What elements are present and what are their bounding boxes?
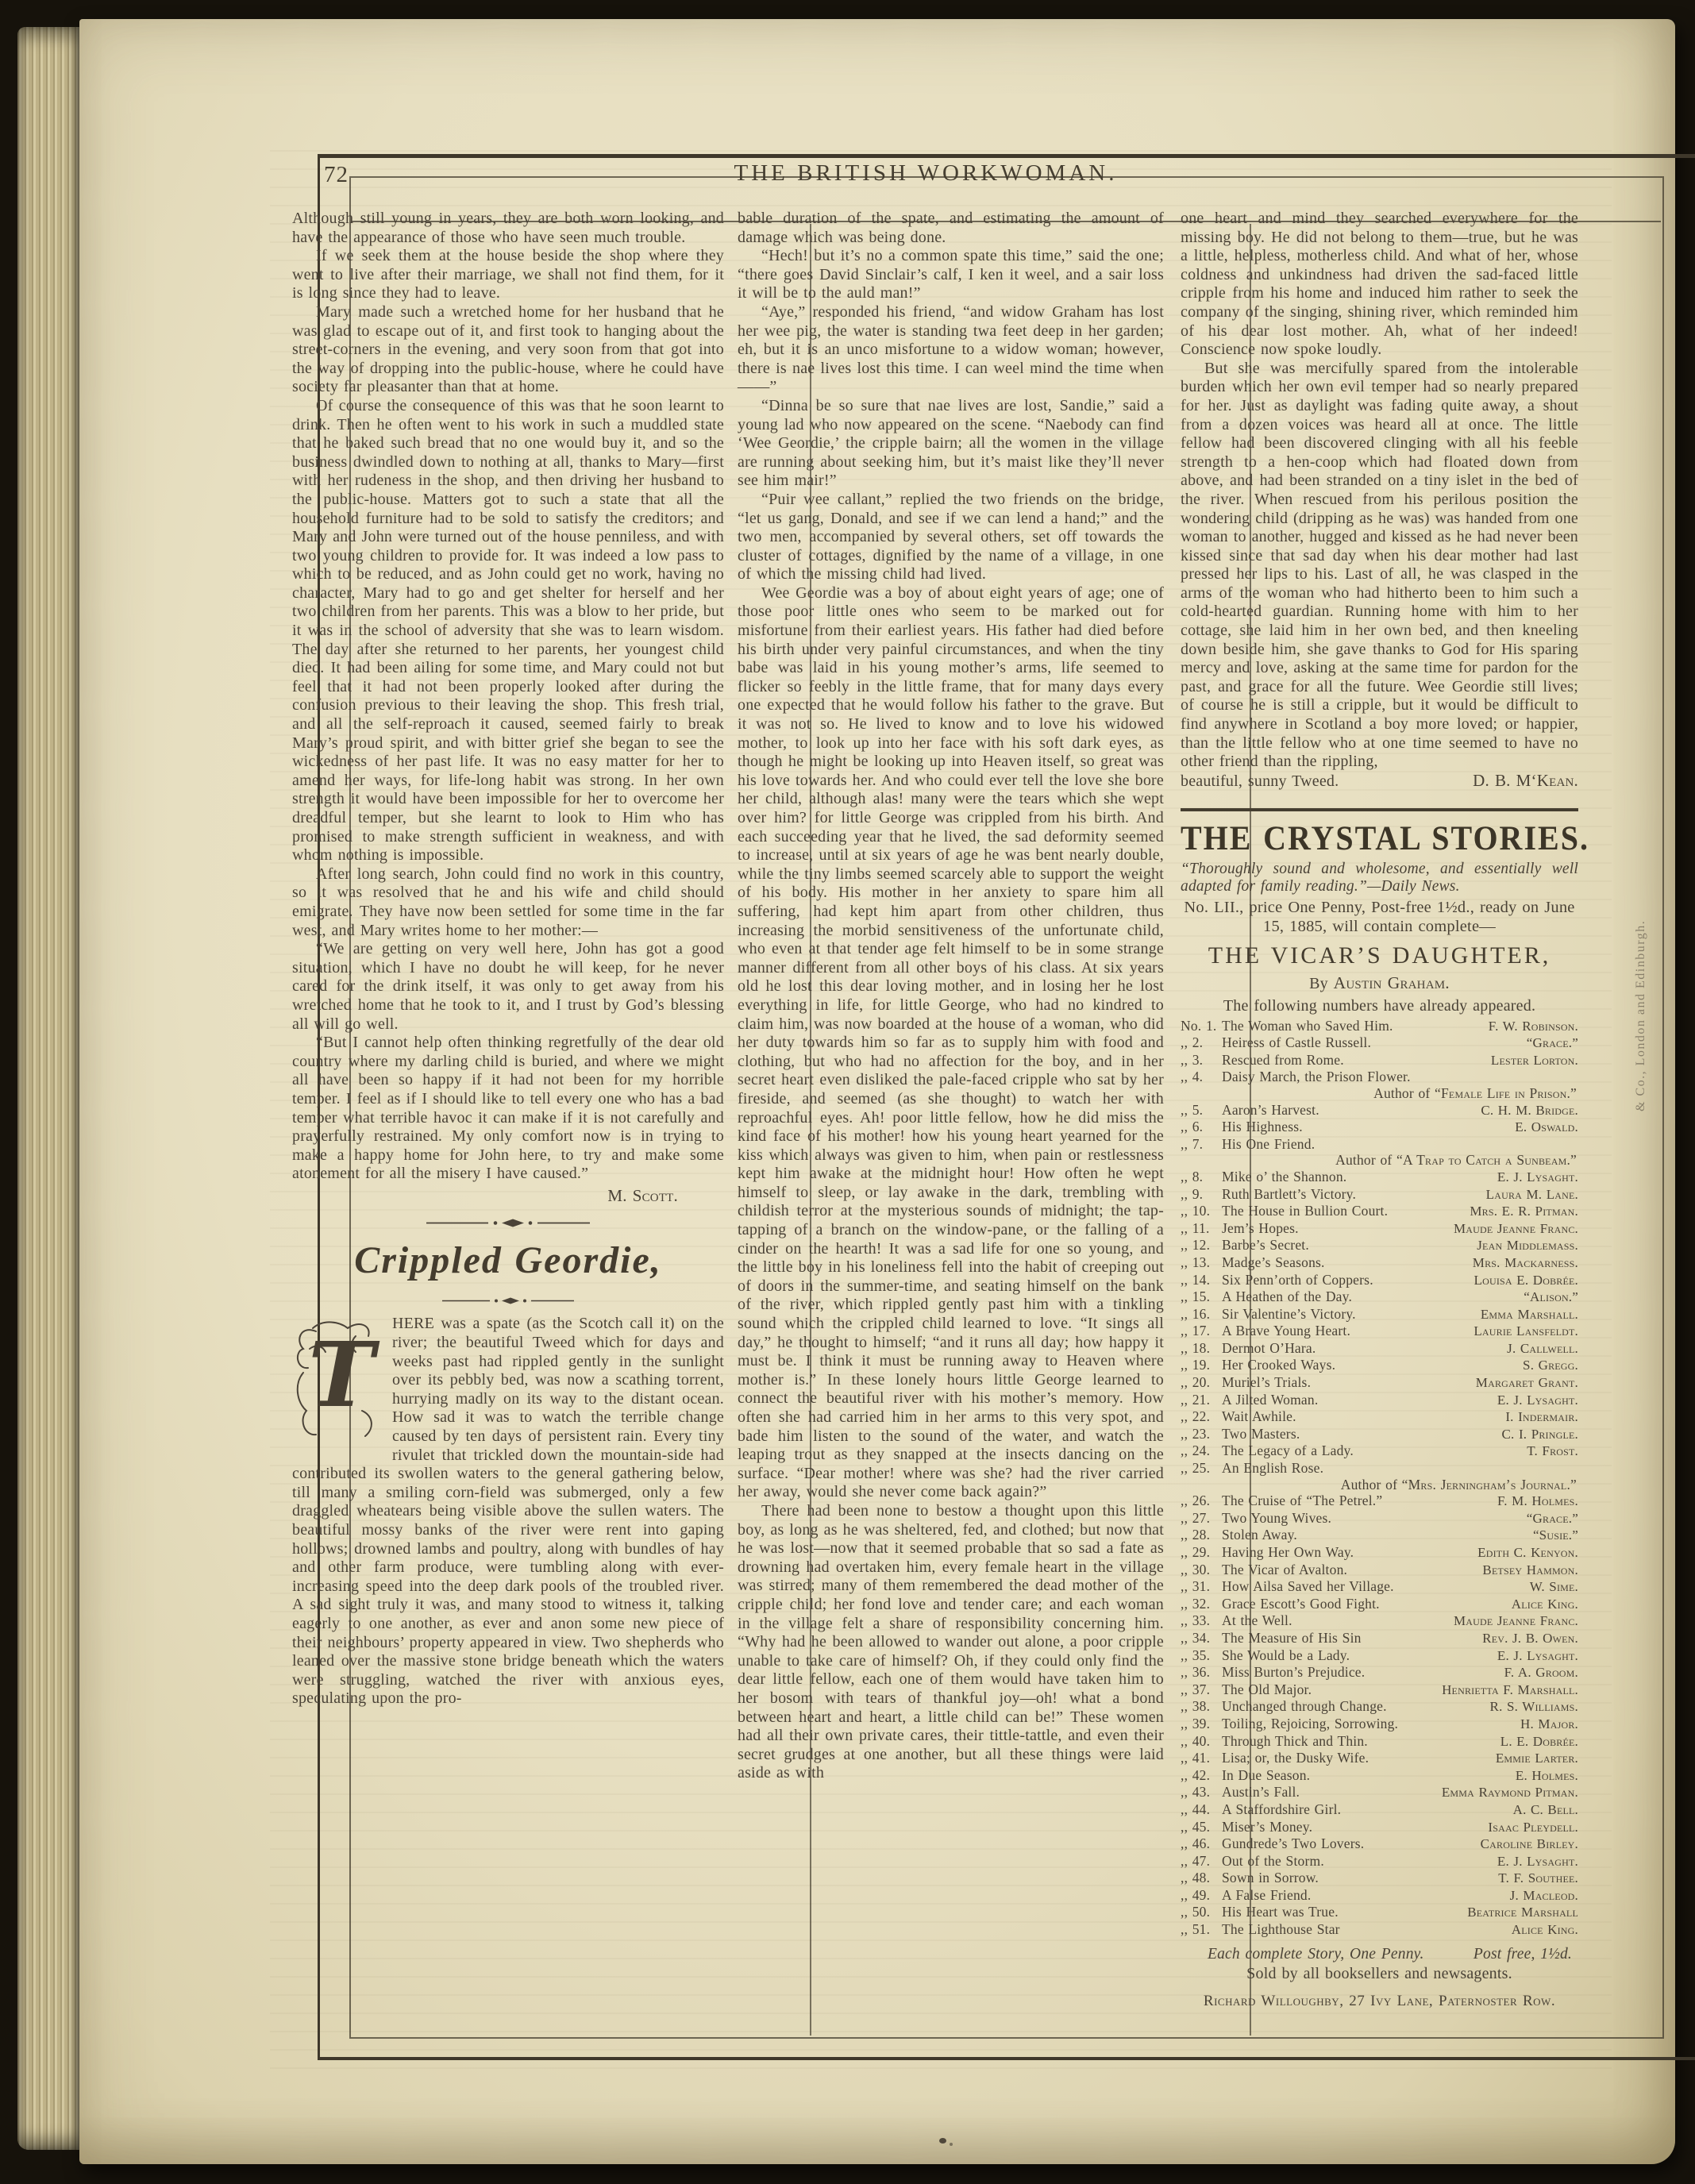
item-number: ,, 3.: [1181, 1052, 1222, 1069]
byline: By Austin Graham.: [1181, 974, 1578, 994]
item-title: Six Penn’orth of Coppers.: [1222, 1272, 1474, 1288]
item-number: ,, 23.: [1181, 1426, 1222, 1443]
item-number: ,, 35.: [1181, 1647, 1222, 1664]
item-number: ,, 18.: [1181, 1340, 1222, 1357]
item-number: ,, 8.: [1181, 1169, 1222, 1185]
story-list-item: ,, 51. The Lighthouse Star Alice King.: [1181, 1921, 1578, 1939]
item-title: Her Crooked Ways.: [1222, 1357, 1523, 1373]
paragraph: “We are getting on very well here, John …: [292, 940, 724, 1034]
item-title: Having Her Own Way.: [1222, 1544, 1477, 1561]
item-author-note: Author of “Female Life in Prison.”: [1181, 1085, 1578, 1102]
item-author-note: Author of “A Trap to Catch a Sunbeam.”: [1181, 1152, 1578, 1169]
item-author: J. Macleod.: [1510, 1888, 1578, 1905]
item-number: ,, 48.: [1181, 1870, 1222, 1886]
story-list-item: ,, 13. Madge’s Seasons. Mrs. Mackarness.: [1181, 1254, 1578, 1272]
item-number: ,, 34.: [1181, 1630, 1222, 1647]
paragraph: Of course the consequence of this was th…: [292, 397, 724, 865]
story-list-item: ,, 39. Toiling, Rejoicing, Sorrowing. H.…: [1181, 1716, 1578, 1733]
author-signature: M. Scott.: [292, 1187, 724, 1206]
item-number: ,, 24.: [1181, 1443, 1222, 1459]
section-rule: [1181, 808, 1578, 811]
item-number: ,, 42.: [1181, 1767, 1222, 1784]
story-list-item: ,, 49. A False Friend. J. Macleod.: [1181, 1887, 1578, 1905]
svg-text:T: T: [308, 1323, 380, 1427]
item-title: The Lighthouse Star: [1222, 1921, 1512, 1938]
item-number: ,, 26.: [1181, 1493, 1222, 1509]
story-list-item: ,, 35. She Would be a Lady. E. J. Lysagh…: [1181, 1647, 1578, 1665]
item-title: Mike o’ the Shannon.: [1222, 1169, 1497, 1185]
story-list-item: ,, 44. A Staffordshire Girl. A. C. Bell.: [1181, 1801, 1578, 1819]
item-number: ,, 16.: [1181, 1306, 1222, 1323]
item-title: Two Young Wives.: [1222, 1510, 1527, 1527]
column-3: one heart and mind they searched everywh…: [1181, 210, 1578, 2010]
item-author: Alice King.: [1512, 1597, 1578, 1613]
column-1: Although still young in years, they are …: [292, 210, 724, 1708]
item-title: Ruth Bartlett’s Victory.: [1222, 1186, 1486, 1203]
story-list-item: ,, 24. The Legacy of a Lady. T. Frost.: [1181, 1443, 1578, 1460]
story-list-item: ,, 11. Jem’s Hopes. Maude Jeanne Franc.: [1181, 1220, 1578, 1238]
story-opening-paragraph: T HERE was a spate (as the Scotch call i…: [292, 1315, 724, 1708]
story-list-item: ,, 12. Barbe’s Secret. Jean Middlemass.: [1181, 1237, 1578, 1254]
paragraph: bable duration of the spate, and estimat…: [738, 210, 1164, 247]
item-author: Beatrice Marshall: [1467, 1905, 1578, 1921]
item-author: Emma Raymond Pitman.: [1442, 1785, 1578, 1801]
item-title: Gundrede’s Two Lovers.: [1222, 1835, 1481, 1852]
story-list-item: ,, 42. In Due Season. E. Holmes.: [1181, 1767, 1578, 1785]
item-author: Alice King.: [1512, 1922, 1578, 1939]
story-title: Crippled Geordie,: [292, 1238, 724, 1283]
item-number: ,, 45.: [1181, 1819, 1222, 1835]
story-list-item: ,, 43. Austin’s Fall. Emma Raymond Pitma…: [1181, 1784, 1578, 1801]
item-number: ,, 2.: [1181, 1034, 1222, 1051]
story-list-item: ,, 28. Stolen Away. “Susie.”: [1181, 1527, 1578, 1544]
item-author: Maude Jeanne Franc.: [1454, 1221, 1578, 1238]
item-author: Laura M. Lane.: [1486, 1187, 1578, 1204]
story-list-item: ,, 3. Rescued from Rome. Lester Lorton.: [1181, 1052, 1578, 1069]
note-title: “A Trap to Catch a Sunbeam.”: [1396, 1152, 1577, 1168]
story-list-item: ,, 25. An English Rose.: [1181, 1460, 1578, 1477]
item-number: ,, 44.: [1181, 1801, 1222, 1818]
item-author: Emma Marshall.: [1481, 1307, 1578, 1323]
item-number: ,, 29.: [1181, 1544, 1222, 1561]
item-number: ,, 49.: [1181, 1887, 1222, 1904]
item-author: Mrs. Mackarness.: [1473, 1255, 1578, 1272]
item-title: A Heathen of the Day.: [1222, 1288, 1524, 1305]
paragraph: If we seek them at the house beside the …: [292, 247, 724, 303]
item-number: ,, 19.: [1181, 1357, 1222, 1373]
item-title: In Due Season.: [1222, 1767, 1516, 1784]
item-title: Daisy March, the Prison Flower.: [1222, 1069, 1578, 1085]
item-author: Emmie Larter.: [1496, 1751, 1578, 1767]
item-author: “Grace.”: [1527, 1511, 1578, 1527]
item-title: His One Friend.: [1222, 1136, 1578, 1153]
item-title: The Legacy of a Lady.: [1222, 1443, 1527, 1459]
story-list-item: ,, 31. How Ailsa Saved her Village. W. S…: [1181, 1578, 1578, 1596]
story-list-item: ,, 33. At the Well. Maude Jeanne Franc.: [1181, 1612, 1578, 1630]
item-number: ,, 28.: [1181, 1527, 1222, 1543]
item-title: She Would be a Lady.: [1222, 1647, 1497, 1664]
list-intro: The following numbers have already appea…: [1181, 997, 1578, 1016]
item-number: ,, 36.: [1181, 1664, 1222, 1681]
story-body: one heart and mind they searched everywh…: [1181, 210, 1578, 772]
item-number: ,, 27.: [1181, 1510, 1222, 1527]
byline-author: Austin Graham.: [1334, 973, 1450, 992]
item-title: The House in Bullion Court.: [1222, 1203, 1470, 1219]
item-author: Betsey Hammon.: [1482, 1562, 1578, 1579]
story-list-item: ,, 6. His Highness. E. Oswald.: [1181, 1119, 1578, 1136]
item-title: Aaron’s Harvest.: [1222, 1102, 1481, 1119]
story-list-item: ,, 32. Grace Escott’s Good Fight. Alice …: [1181, 1596, 1578, 1613]
story-list-item: ,, 5. Aaron’s Harvest. C. H. M. Bridge.: [1181, 1102, 1578, 1119]
item-author: C. H. M. Bridge.: [1481, 1103, 1578, 1119]
item-author: C. I. Pringle.: [1502, 1427, 1579, 1443]
author-signature: D. B. M‘Kean.: [1473, 772, 1578, 791]
item-number: ,, 50.: [1181, 1904, 1222, 1920]
story-list-item: ,, 10. The House in Bullion Court. Mrs. …: [1181, 1203, 1578, 1220]
item-author: “Grace.”: [1527, 1035, 1578, 1052]
story-list-item: No. 1. The Woman who Saved Him. F. W. Ro…: [1181, 1018, 1578, 1035]
item-author: E. J. Lysaght.: [1497, 1169, 1578, 1186]
item-author: Edith C. Kenyon.: [1477, 1545, 1578, 1562]
item-author: L. E. Dobrée.: [1500, 1734, 1578, 1751]
item-author: Lester Lorton.: [1491, 1053, 1578, 1069]
item-title: Barbe’s Secret.: [1222, 1237, 1477, 1254]
paragraph: After long search, John could find no wo…: [292, 865, 724, 940]
item-number: ,, 41.: [1181, 1750, 1222, 1766]
item-title: A Brave Young Heart.: [1222, 1323, 1473, 1339]
item-number: ,, 7.: [1181, 1136, 1222, 1153]
story-list-item: ,, 37. The Old Major. Henrietta F. Marsh…: [1181, 1681, 1578, 1699]
item-title: How Ailsa Saved her Village.: [1222, 1578, 1530, 1595]
column-2: bable duration of the spate, and estimat…: [738, 210, 1164, 1783]
story-list-item: ,, 40. Through Thick and Thin. L. E. Dob…: [1181, 1733, 1578, 1751]
paragraph: “Dinna be so sure that nae lives are los…: [738, 397, 1164, 491]
item-author: T. Frost.: [1527, 1443, 1578, 1460]
item-title: Miss Burton’s Prejudice.: [1222, 1664, 1504, 1681]
item-title: Rescued from Rome.: [1222, 1052, 1491, 1069]
note-prefix: Author of: [1341, 1477, 1402, 1493]
story-list-item: ,, 22. Wait Awhile. I. Indermair.: [1181, 1408, 1578, 1426]
item-number: ,, 6.: [1181, 1119, 1222, 1135]
item-title: A Staffordshire Girl.: [1222, 1801, 1513, 1818]
story-list-item: ,, 20. Muriel’s Trials. Margaret Grant.: [1181, 1374, 1578, 1392]
item-number: ,, 31.: [1181, 1578, 1222, 1595]
story-list-item: ,, 18. Dermot O’Hara. J. Callwell.: [1181, 1340, 1578, 1358]
item-title: Lisa; or, the Dusky Wife.: [1222, 1750, 1496, 1766]
item-number: ,, 43.: [1181, 1784, 1222, 1801]
item-number: ,, 39.: [1181, 1716, 1222, 1732]
item-author: E. J. Lysaght.: [1497, 1392, 1578, 1409]
item-title: Dermot O’Hara.: [1222, 1340, 1507, 1357]
item-number: ,, 15.: [1181, 1288, 1222, 1305]
printer-imprint: & Co., London and Edinburgh.: [1634, 445, 1648, 1111]
paragraph: But she was mercifully spared from the i…: [1181, 360, 1578, 772]
item-title: At the Well.: [1222, 1612, 1454, 1629]
story-list-item: ,, 9. Ruth Bartlett’s Victory. Laura M. …: [1181, 1186, 1578, 1204]
paragraph: “Aye,” responded his friend, “and widow …: [738, 303, 1164, 397]
note-title: “Female Life in Prison.”: [1435, 1085, 1577, 1101]
note-prefix: Author of: [1373, 1085, 1435, 1101]
item-author: Rev. J. B. Owen.: [1482, 1631, 1578, 1647]
note-prefix: Author of: [1335, 1152, 1396, 1168]
item-author: Laurie Lansfeldt.: [1473, 1323, 1578, 1340]
item-author: Jean Middlemass.: [1477, 1238, 1578, 1254]
paragraph: There had been none to bestow a thought …: [738, 1502, 1164, 1783]
item-title: Sir Valentine’s Victory.: [1222, 1306, 1481, 1323]
item-title: Muriel’s Trials.: [1222, 1374, 1476, 1391]
publisher-line: Richard Willoughby, 27 Ivy Lane, Paterno…: [1181, 1992, 1578, 2011]
story-list-item: ,, 15. A Heathen of the Day. “Alison.”: [1181, 1288, 1578, 1306]
item-title: Heiress of Castle Russell.: [1222, 1034, 1527, 1051]
item-title: Miser’s Money.: [1222, 1819, 1488, 1835]
section-divider-icon: [292, 1291, 724, 1304]
issue-info: No. LII., price One Penny, Post-free 1½d…: [1181, 899, 1578, 936]
section-divider-icon: [292, 1213, 724, 1226]
byline-prefix: By: [1309, 975, 1334, 992]
item-author: Isaac Pleydell.: [1488, 1820, 1578, 1836]
story-list-item: ,, 23. Two Masters. C. I. Pringle.: [1181, 1426, 1578, 1443]
item-number: ,, 4.: [1181, 1069, 1222, 1085]
item-title: The Vicar of Avalton.: [1222, 1562, 1482, 1578]
item-number: ,, 33.: [1181, 1612, 1222, 1629]
item-title: A False Friend.: [1222, 1887, 1510, 1904]
book-page-edges: [17, 27, 83, 2150]
crystal-stories-title: THE CRYSTAL STORIES.: [1181, 820, 1578, 858]
item-title: The Old Major.: [1222, 1681, 1442, 1698]
story-end-line: beautiful, sunny Tweed. D. B. M‘Kean.: [1181, 772, 1578, 792]
item-author: I. Indermair.: [1505, 1409, 1578, 1426]
item-number: ,, 17.: [1181, 1323, 1222, 1339]
item-title: His Heart was True.: [1222, 1904, 1467, 1920]
note-title: “Mrs. Jerningham’s Journal.”: [1402, 1477, 1577, 1493]
masthead: THE BRITISH WORKWOMAN.: [711, 160, 1140, 187]
item-author: F. W. Robinson.: [1489, 1019, 1578, 1035]
item-title: A Jilted Woman.: [1222, 1392, 1497, 1408]
item-author: E. Holmes.: [1516, 1768, 1578, 1785]
story-list-item: ,, 14. Six Penn’orth of Coppers. Louisa …: [1181, 1272, 1578, 1289]
story-body: bable duration of the spate, and estimat…: [738, 210, 1164, 1783]
item-author: “Susie.”: [1533, 1527, 1578, 1544]
story-list-item: ,, 48. Sown in Sorrow. T. F. Southee.: [1181, 1870, 1578, 1887]
item-author: E. J. Lysaght.: [1497, 1854, 1578, 1870]
paragraph: “Hech! but it’s no a common spate this t…: [738, 247, 1164, 303]
item-author: E. Oswald.: [1515, 1119, 1578, 1136]
item-number: ,, 22.: [1181, 1408, 1222, 1425]
item-title: Sown in Sorrow.: [1222, 1870, 1498, 1886]
item-number: ,, 30.: [1181, 1562, 1222, 1578]
item-author: Margaret Grant.: [1476, 1375, 1578, 1392]
story-list-item: ,, 21. A Jilted Woman. E. J. Lysaght.: [1181, 1392, 1578, 1409]
item-number: ,, 10.: [1181, 1203, 1222, 1219]
item-author: S. Gregg.: [1523, 1358, 1578, 1374]
paragraph: Wee Geordie was a boy of about eight yea…: [738, 584, 1164, 1502]
item-title: Unchanged through Change.: [1222, 1698, 1490, 1715]
price-line: Each complete Story, One Penny. Post fre…: [1181, 1945, 1578, 1964]
item-title: The Measure of His Sin: [1222, 1630, 1482, 1647]
review-quote: “Thoroughly sound and wholesome, and ess…: [1181, 861, 1578, 896]
featured-story-title: THE VICAR’S DAUGHTER,: [1181, 942, 1578, 969]
story-list-item: ,, 16. Sir Valentine’s Victory. Emma Mar…: [1181, 1306, 1578, 1323]
drop-cap-ornament: T: [292, 1317, 386, 1447]
item-author: H. Major.: [1520, 1716, 1578, 1733]
paragraph: Although still young in years, they are …: [292, 210, 724, 247]
story-list-item: ,, 29. Having Her Own Way. Edith C. Keny…: [1181, 1544, 1578, 1562]
item-author: Maude Jeanne Franc.: [1454, 1613, 1578, 1630]
item-author: F. A. Groom.: [1504, 1665, 1578, 1681]
ink-speck: [950, 2143, 953, 2146]
item-title: The Cruise of “The Petrel.”: [1222, 1493, 1497, 1509]
item-number: ,, 11.: [1181, 1220, 1222, 1237]
story-list-item: ,, 17. A Brave Young Heart. Laurie Lansf…: [1181, 1323, 1578, 1340]
item-title: Through Thick and Thin.: [1222, 1733, 1500, 1750]
item-number: ,, 40.: [1181, 1733, 1222, 1750]
story-list-item: ,, 30. The Vicar of Avalton. Betsey Hamm…: [1181, 1562, 1578, 1579]
paragraph: “But I cannot help often thinking regret…: [292, 1034, 724, 1184]
item-number: ,, 51.: [1181, 1921, 1222, 1938]
page-number: 72: [324, 162, 349, 188]
sold-line: Sold by all booksellers and newsagents.: [1181, 1965, 1578, 1984]
story-list-item: ,, 26. The Cruise of “The Petrel.” F. M.…: [1181, 1493, 1578, 1510]
item-number: ,, 25.: [1181, 1460, 1222, 1477]
item-title: The Woman who Saved Him.: [1222, 1018, 1489, 1034]
item-title: Madge’s Seasons.: [1222, 1254, 1473, 1271]
item-title: Austin’s Fall.: [1222, 1784, 1442, 1801]
postage-text: Post free, 1½d.: [1473, 1945, 1572, 1964]
item-author: A. C. Bell.: [1513, 1802, 1578, 1819]
item-author: Mrs. E. R. Pitman.: [1470, 1204, 1578, 1220]
story-list-item: ,, 27. Two Young Wives. “Grace.”: [1181, 1510, 1578, 1527]
item-number: ,, 13.: [1181, 1254, 1222, 1271]
item-number: ,, 21.: [1181, 1392, 1222, 1408]
item-author: “Alison.”: [1524, 1289, 1578, 1306]
story-last-words: beautiful, sunny Tweed.: [1181, 772, 1339, 792]
item-author: Henrietta F. Marshall.: [1442, 1682, 1578, 1699]
paragraph: “Puir wee callant,” replied the two frie…: [738, 491, 1164, 584]
item-author: J. Callwell.: [1507, 1341, 1578, 1358]
story-list-item: ,, 7. His One Friend.: [1181, 1136, 1578, 1153]
story-list: No. 1. The Woman who Saved Him. F. W. Ro…: [1181, 1018, 1578, 1939]
item-title: Wait Awhile.: [1222, 1408, 1505, 1425]
article-continuation: Although still young in years, they are …: [292, 210, 724, 1184]
item-author: Louisa E. Dobrée.: [1474, 1273, 1578, 1289]
item-title: His Highness.: [1222, 1119, 1515, 1135]
ink-speck: [939, 2138, 946, 2144]
story-list-item: ,, 50. His Heart was True. Beatrice Mars…: [1181, 1904, 1578, 1921]
item-number: No. 1.: [1181, 1018, 1222, 1034]
item-number: ,, 14.: [1181, 1272, 1222, 1288]
item-title: Jem’s Hopes.: [1222, 1220, 1454, 1237]
item-title: Two Masters.: [1222, 1426, 1502, 1443]
item-number: ,, 9.: [1181, 1186, 1222, 1203]
story-list-item: ,, 4. Daisy March, the Prison Flower.: [1181, 1069, 1578, 1085]
story-list-item: ,, 34. The Measure of His Sin Rev. J. B.…: [1181, 1630, 1578, 1647]
story-list-item: ,, 38. Unchanged through Change. R. S. W…: [1181, 1698, 1578, 1716]
item-author: W. Sime.: [1530, 1579, 1578, 1596]
item-author: E. J. Lysaght.: [1497, 1648, 1578, 1665]
story-list-item: ,, 19. Her Crooked Ways. S. Gregg.: [1181, 1357, 1578, 1374]
item-title: An English Rose.: [1222, 1460, 1578, 1477]
story-list-item: ,, 2. Heiress of Castle Russell. “Grace.…: [1181, 1034, 1578, 1052]
item-author: T. F. Southee.: [1498, 1870, 1578, 1887]
story-list-item: ,, 8. Mike o’ the Shannon. E. J. Lysaght…: [1181, 1169, 1578, 1186]
paragraph: one heart and mind they searched everywh…: [1181, 210, 1578, 360]
item-number: ,, 20.: [1181, 1374, 1222, 1391]
item-number: ,, 47.: [1181, 1853, 1222, 1870]
item-title: Toiling, Rejoicing, Sorrowing.: [1222, 1716, 1520, 1732]
story-list-item: ,, 41. Lisa; or, the Dusky Wife. Emmie L…: [1181, 1750, 1578, 1767]
item-title: Stolen Away.: [1222, 1527, 1533, 1543]
item-author: F. M. Holmes.: [1497, 1493, 1578, 1510]
story-list-item: ,, 47. Out of the Storm. E. J. Lysaght.: [1181, 1853, 1578, 1870]
story-list-item: ,, 46. Gundrede’s Two Lovers. Caroline B…: [1181, 1835, 1578, 1853]
item-number: ,, 12.: [1181, 1237, 1222, 1254]
item-author: Caroline Birley.: [1481, 1836, 1578, 1853]
story-list-item: ,, 45. Miser’s Money. Isaac Pleydell.: [1181, 1819, 1578, 1836]
paragraph: Mary made such a wretched home for her h…: [292, 303, 724, 397]
item-number: ,, 5.: [1181, 1102, 1222, 1119]
item-title: Grace Escott’s Good Fight.: [1222, 1596, 1512, 1612]
story-list-item: ,, 36. Miss Burton’s Prejudice. F. A. Gr…: [1181, 1664, 1578, 1681]
item-title: Out of the Storm.: [1222, 1853, 1497, 1870]
item-number: ,, 38.: [1181, 1698, 1222, 1715]
item-author: R. S. Williams.: [1490, 1699, 1578, 1716]
item-author-note: Author of “Mrs. Jerningham’s Journal.”: [1181, 1477, 1578, 1493]
item-number: ,, 32.: [1181, 1596, 1222, 1612]
price-text: Each complete Story, One Penny.: [1208, 1945, 1424, 1964]
item-number: ,, 37.: [1181, 1681, 1222, 1698]
item-number: ,, 46.: [1181, 1835, 1222, 1852]
